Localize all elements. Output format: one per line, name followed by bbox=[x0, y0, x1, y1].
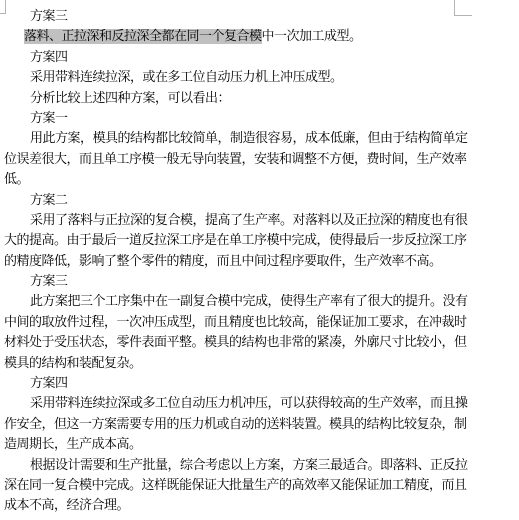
line-text: 中一次加工成型。 bbox=[262, 29, 362, 44]
text-line: 采用带料连续拉深或多工位自动压力机冲压，可以获得较高的生产效率，而且操 bbox=[0, 394, 519, 414]
text-line: 分析比较上述四种方案，可以看出： bbox=[0, 89, 519, 109]
selected-text: 落料、正拉深和反拉深全都在同一个复合模 bbox=[24, 29, 262, 44]
document-page[interactable]: 方案三落料、正拉深和反拉深全都在同一个复合模中一次加工成型。方案四采用带料连续拉… bbox=[0, 0, 519, 520]
text-line: 造周期长，生产成本高。 bbox=[0, 435, 519, 455]
text-line: 方案二 bbox=[0, 191, 519, 211]
text-line: 材料处于受压状态，零件表面平整。模具的结构也非常的紧凑，外廓尺寸比较小，但 bbox=[0, 333, 519, 353]
text-line: 方案四 bbox=[0, 374, 519, 394]
text-line: 中间的取放件过程，一次冲压成型，而且精度也比较高，能保证加工要求，在冲裁时 bbox=[0, 313, 519, 333]
text-line: 方案三 bbox=[0, 7, 519, 27]
text-line: 根据设计需要和生产批量，综合考虑以上方案，方案三最适合。即落料、正反拉 bbox=[0, 456, 519, 476]
text-line: 用此方案，模具的结构都比较简单，制造很容易，成本低廉，但由于结构简单定 bbox=[0, 129, 519, 149]
text-line: 低。 bbox=[0, 170, 519, 190]
text-line: 方案四 bbox=[0, 48, 519, 68]
document-text-area[interactable]: 方案三落料、正拉深和反拉深全都在同一个复合模中一次加工成型。方案四采用带料连续拉… bbox=[0, 7, 519, 517]
text-line: 成本不高，经济合理。 bbox=[0, 496, 519, 516]
text-line: 的精度降低，影响了整个零件的精度，而且中间过程序要取件，生产效率不高。 bbox=[0, 252, 519, 272]
text-line: 位误差很大，而且单工序模一般无导向装置，安装和调整不方便，费时间，生产效率 bbox=[0, 150, 519, 170]
text-line: 大的提高。由于最后一道反拉深工序是在单工序模中完成，使得最后一步反拉深工序 bbox=[0, 231, 519, 251]
text-line: 模具的结构和装配复杂。 bbox=[0, 354, 519, 374]
text-line: 深在同一复合模中完成。这样既能保证大批量生产的高效率又能保证加工精度，而且 bbox=[0, 476, 519, 496]
text-line: 采用了落料与正拉深的复合模，提高了生产率。对落料以及正拉深的精度也有很 bbox=[0, 211, 519, 231]
text-line: 方案一 bbox=[0, 109, 519, 129]
text-line: 此方案把三个工序集中在一副复合模中完成，使得生产率有了很大的提升。没有 bbox=[0, 292, 519, 312]
text-line: 采用带料连续拉深，或在多工位自动压力机上冲压成型。 bbox=[0, 68, 519, 88]
text-line: 作安全，但这一方案需要专用的压力机或自动的送料装置。模具的结构比较复杂，制 bbox=[0, 415, 519, 435]
text-line: 方案三 bbox=[0, 272, 519, 292]
text-line: 落料、正拉深和反拉深全都在同一个复合模中一次加工成型。 bbox=[0, 27, 519, 47]
